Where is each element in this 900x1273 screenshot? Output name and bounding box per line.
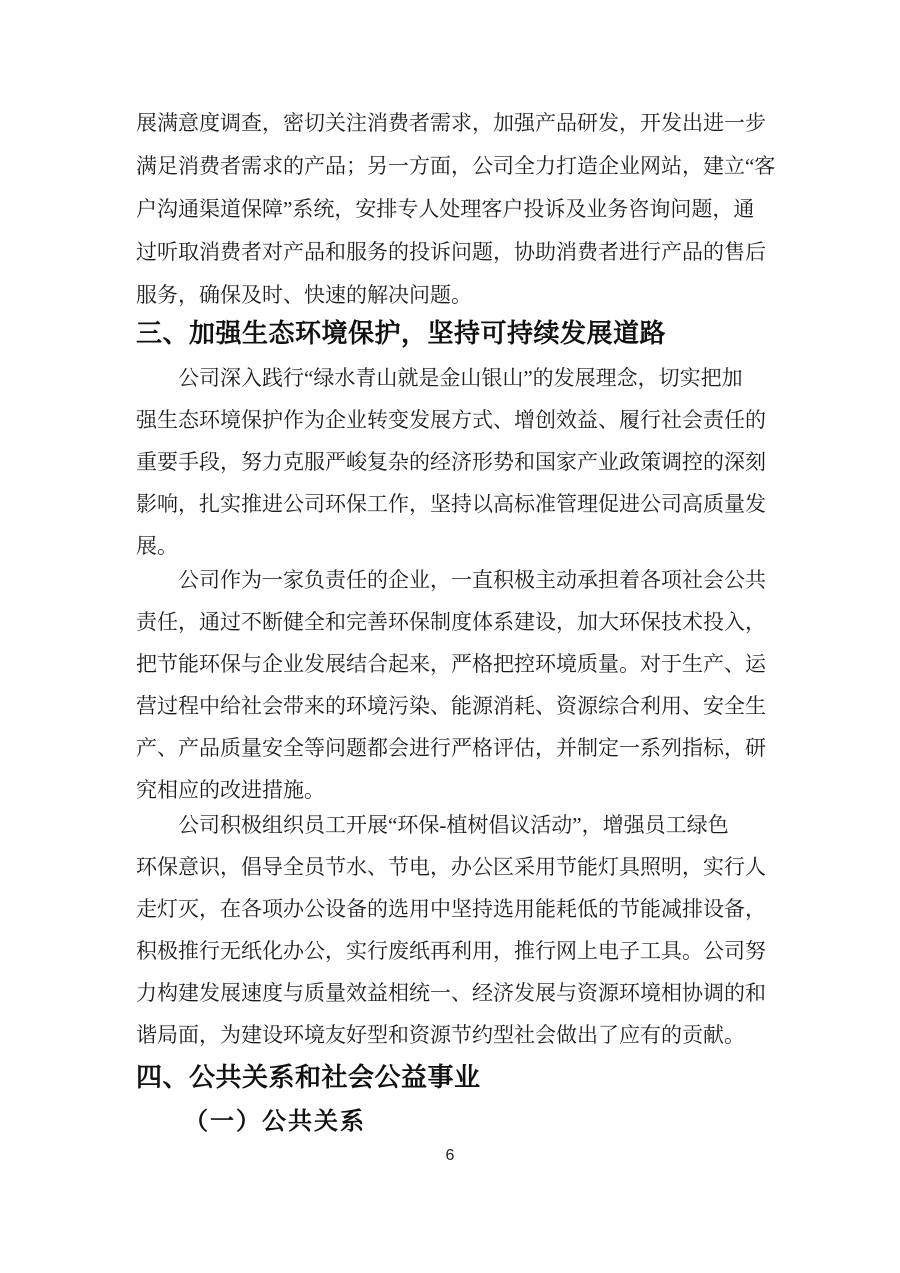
text-line: 产、产品质量安全等问题都会进行严格评估，并制定一系列指标，研 xyxy=(136,727,776,769)
text-line: 公司深入践行“绿水青山就是金山银山”的发展理念，切实把加 xyxy=(136,357,776,399)
text-line: 重要手段，努力克服严峻复杂的经济形势和国家产业政策调控的深刻 xyxy=(136,441,776,483)
paragraph-customer-service-continued: 展满意度调查，密切关注消费者需求，加强产品研发，开发出进一步满足消费者需求的产品… xyxy=(136,102,776,317)
text-line: 公司作为一家负责任的企业，一直积极主动承担着各项社会公共 xyxy=(136,559,776,601)
page-number: 6 xyxy=(0,1147,900,1165)
text-line: 把节能环保与企业发展结合起来，严格把控环境质量。对于生产、运 xyxy=(136,643,776,685)
text-line: 走灯灭，在各项办公设备的选用中坚持选用能耗低的节能减排设备， xyxy=(136,888,776,930)
text-line: 营过程中给社会带来的环境污染、能源消耗、资源综合利用、安全生 xyxy=(136,685,776,727)
text-line: 展满意度调查，密切关注消费者需求，加强产品研发，开发出进一步 xyxy=(136,102,776,145)
section-heading-public-welfare: 四、公共关系和社会公益事业 xyxy=(136,1059,776,1095)
text-line: 责任，通过不断健全和完善环保制度体系建设，加大环保技术投入， xyxy=(136,601,776,643)
subsection-heading-public-relations: （一）公共关系 xyxy=(136,1105,776,1139)
text-line: 谐局面，为建设环境友好型和资源节约型社会做出了应有的贡献。 xyxy=(136,1014,776,1056)
paragraph-environment-responsibility: 公司作为一家负责任的企业，一直积极主动承担着各项社会公共责任，通过不断健全和完善… xyxy=(136,559,776,811)
text-line: 服务，确保及时、快速的解决问题。 xyxy=(136,274,776,317)
text-line: 过听取消费者对产品和服务的投诉问题，协助消费者进行产品的售后 xyxy=(136,231,776,274)
text-line: 力构建发展速度与质量效益相统一、经济发展与资源环境相协调的和 xyxy=(136,972,776,1014)
text-line: 环保意识，倡导全员节水、节电，办公区采用节能灯具照明，实行人 xyxy=(136,846,776,888)
text-line: 户沟通渠道保障”系统，安排专人处理客户投诉及业务咨询问题，通 xyxy=(136,188,776,231)
document-page: 展满意度调查，密切关注消费者需求，加强产品研发，开发出进一步满足消费者需求的产品… xyxy=(0,0,900,1273)
section-heading-environment: 三、加强生态环境保护，坚持可持续发展道路 xyxy=(136,315,776,351)
paragraph-environment-activities: 公司积极组织员工开展“环保-植树倡议活动”，增强员工绿色环保意识，倡导全员节水、… xyxy=(136,804,776,1056)
text-line: 影响，扎实推进公司环保工作，坚持以高标准管理促进公司高质量发 xyxy=(136,483,776,525)
text-line: 积极推行无纸化办公，实行废纸再利用，推行网上电子工具。公司努 xyxy=(136,930,776,972)
text-line: 满足消费者需求的产品；另一方面，公司全力打造企业网站，建立“客 xyxy=(136,145,776,188)
paragraph-environment-concept: 公司深入践行“绿水青山就是金山银山”的发展理念，切实把加强生态环境保护作为企业转… xyxy=(136,357,776,567)
text-line: 公司积极组织员工开展“环保-植树倡议活动”，增强员工绿色 xyxy=(136,804,776,846)
text-line: 强生态环境保护作为企业转变发展方式、增创效益、履行社会责任的 xyxy=(136,399,776,441)
